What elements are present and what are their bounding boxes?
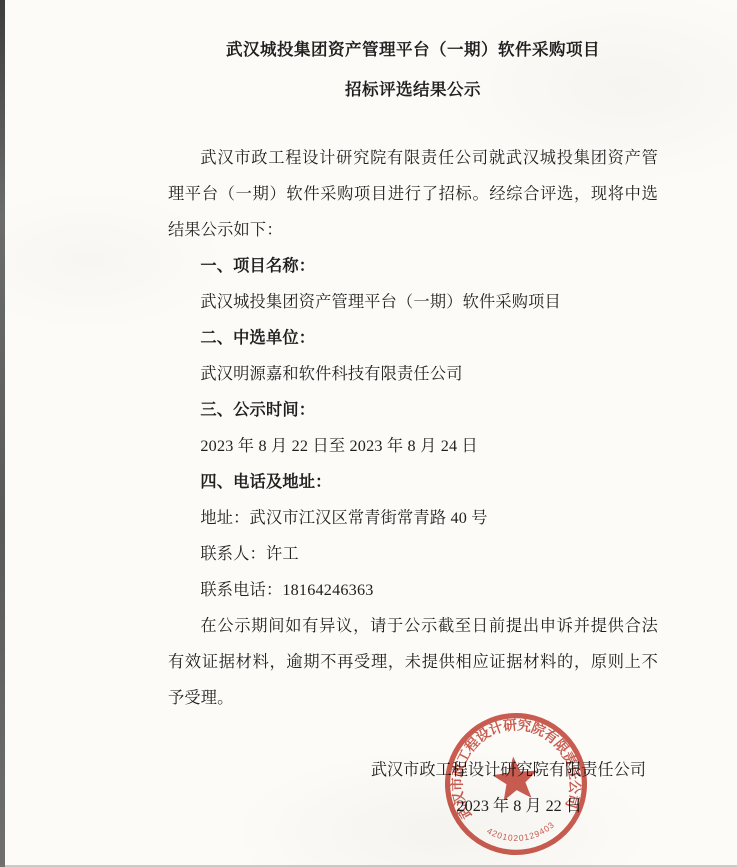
- section-heading-1: 一、项目名称：: [168, 248, 658, 284]
- section-heading-2: 二、中选单位：: [168, 320, 658, 356]
- document-title: 武汉城投集团资产管理平台（一期）软件采购项目 招标评选结果公示: [168, 30, 658, 110]
- section-4-contact-phone: 联系电话：18164246363: [168, 572, 658, 608]
- document-body: 武汉城投集团资产管理平台（一期）软件采购项目 招标评选结果公示 武汉市政工程设计…: [168, 0, 658, 824]
- scan-edge-left: [0, 0, 5, 867]
- section-heading-3: 三、公示时间：: [168, 392, 658, 428]
- document-title-line2: 招标评选结果公示: [168, 70, 658, 110]
- document-title-line1: 武汉城投集团资产管理平台（一期）软件采购项目: [168, 30, 658, 70]
- section-2-winning-company: 武汉明源嘉和软件科技有限责任公司: [168, 356, 658, 392]
- section-1-project-name: 武汉城投集团资产管理平台（一期）软件采购项目: [168, 284, 658, 320]
- company-seal: 武汉市政工程设计研究院有限责任公司 4201020129403: [432, 700, 599, 867]
- scanned-document-page: 武汉城投集团资产管理平台（一期）软件采购项目 招标评选结果公示 武汉市政工程设计…: [0, 0, 737, 867]
- section-4-address: 地址：武汉市江汉区常青街常青路 40 号: [168, 500, 658, 536]
- section-heading-4: 四、电话及地址：: [168, 464, 658, 500]
- seal-star-icon: [491, 754, 540, 801]
- section-4-contact-person: 联系人：许工: [168, 536, 658, 572]
- closing-paragraph: 在公示期间如有异议，请于公示截至日前提出申诉并提供合法有效证据材料，逾期不再受理…: [168, 608, 658, 716]
- section-3-publicity-period: 2023 年 8 月 22 日至 2023 年 8 月 24 日: [168, 428, 658, 464]
- intro-paragraph: 武汉市政工程设计研究院有限责任公司就武汉城投集团资产管理平台（一期）软件采购项目…: [168, 140, 658, 248]
